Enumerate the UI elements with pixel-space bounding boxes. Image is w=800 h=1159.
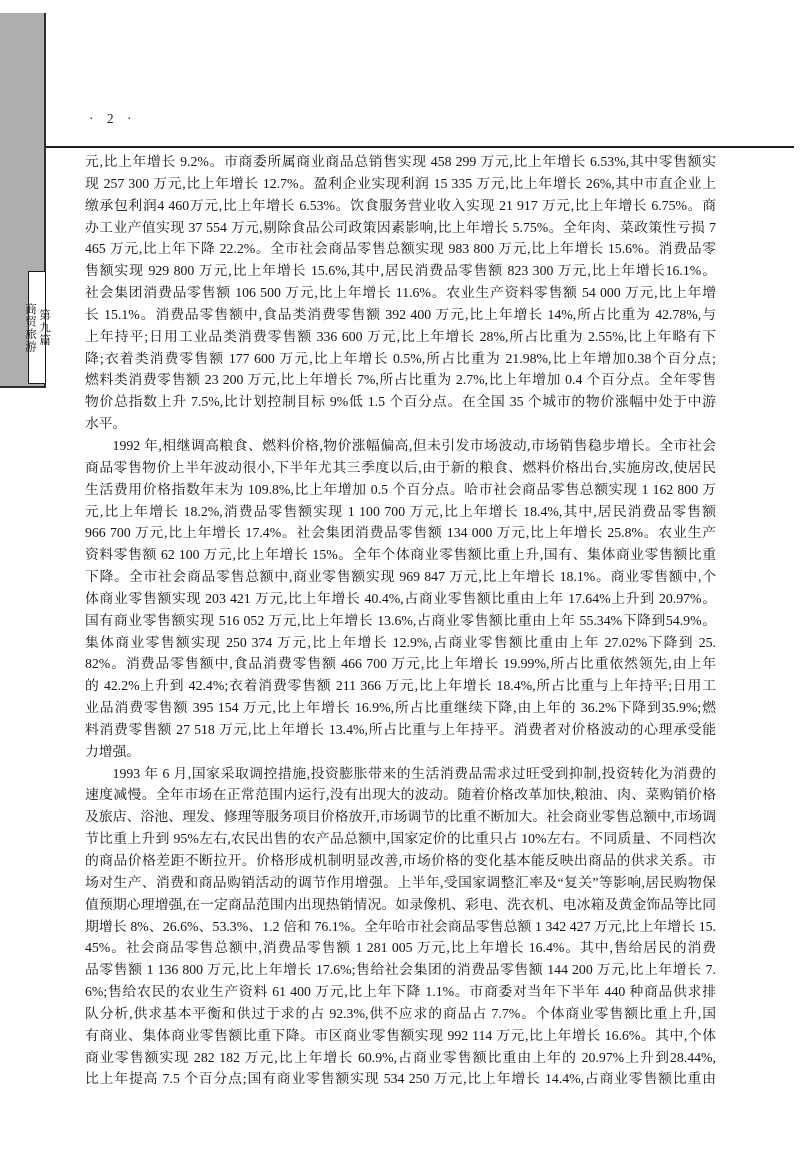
page-number: · 2 · xyxy=(89,111,137,127)
text-line: 品零售额 1 136 800 万元,比上年增长 17.6%;售给社会集团的消费品… xyxy=(85,959,716,981)
text-line: 场对生产、消费和商品购销活动的调节作用增强。上半年,受国家调整汇率及“复关”等影… xyxy=(85,872,716,894)
text-line: 降;衣着类消费零售额 177 600 万元,比上年增长 0.5%,所占比重为 2… xyxy=(85,348,716,370)
text-line: 业品消费零售额 395 154 万元,比上年增长 16.9%,所占比重继续下降,… xyxy=(85,697,716,719)
text-line: 45%。社会商品零售总额中,消费品零售额 1 281 005 万元,比上年增长 … xyxy=(85,937,716,959)
text-line: 资料零售额 62 100 万元,比上年增长 15%。全年个体商业零售额比重上升,… xyxy=(85,544,716,566)
text-line: 82%。消费品零售额中,食品消费零售额 466 700 万元,比上年增长 19.… xyxy=(85,653,716,675)
text-line: 966 700 万元,比上年增长 17.4%。社会集团消费品零售额 134 00… xyxy=(85,522,716,544)
text-line: 上年持平;日用工业品类消费零售额 336 600 万元,比上年增长 28%,所占… xyxy=(85,326,716,348)
header-rule xyxy=(46,146,794,148)
text-line: 生活费用价格指数年末为 109.8%,比上年增加 0.5 个百分点。哈市社会商品… xyxy=(85,479,716,501)
spine-tab: 第九篇 商贸旅游 xyxy=(28,271,46,384)
text-line: 及旅店、浴池、理发、修理等服务项目价格放开,市场调节的比重不断加大。社会商业零售… xyxy=(85,806,716,828)
text-line: 队分析,供求基本平衡和供过于求的占 92.3%,供不应求的商品占 7.7%。个体… xyxy=(85,1003,716,1025)
book-page: 第九篇 商贸旅游 · 2 · 元,比上年增长 9.2%。市商委所属商业商品总销售… xyxy=(0,0,800,1159)
text-line: 1993 年 6 月,国家采取调控措施,投资膨胀带来的生活消费品需求过旺受到抑制… xyxy=(85,763,716,785)
text-line: 长 15.1%。消费品零售额中,食品类消费零售额 392 400 万元,比上年增… xyxy=(85,304,716,326)
text-line: 办工业产值实现 37 554 万元,剔除食品公司政策因素影响,比上年增长 5.7… xyxy=(85,217,716,239)
text-line: 售额实现 929 800 万元,比上年增长 15.6%,其中,居民消费品零售额 … xyxy=(85,260,716,282)
text-line: 1992 年,相继调高粮食、燃料价格,物价涨幅偏高,但未引发市场波动,市场销售稳… xyxy=(85,435,716,457)
text-line: 商业零售额实现 282 182 万元,比上年增长 60.9%,占商业零售额比重由… xyxy=(85,1047,716,1069)
text-line: 的 42.2%上升到 42.4%;衣着消费零售额 211 366 万元,比上年增… xyxy=(85,675,716,697)
text-line: 节比重上升到 95%左右,农民出售的农产品总额中,国家定价的比重只占 10%左右… xyxy=(85,828,716,850)
text-line: 6%;售给农民的农业生产资料 61 400 万元,比上年下降 1.1%。市商委对… xyxy=(85,981,716,1003)
text-line: 465 万元,比上年下降 22.2%。全市社会商品零售总额实现 983 800 … xyxy=(85,238,716,260)
text-line: 社会集团消费品零售额 106 500 万元,比上年增长 11.6%。农业生产资料… xyxy=(85,282,716,304)
text-line: 元,比上年增长 9.2%。市商委所属商业商品总销售实现 458 299 万元,比… xyxy=(85,151,716,173)
text-line: 有商业、集体商业零售额比重下降。市区商业零售额实现 992 114 万元,比上年… xyxy=(85,1025,716,1047)
text-line: 速度减慢。全年市场在正常范围内运行,没有出现大的波动。随着价格改革加快,粮油、肉… xyxy=(85,784,716,806)
text-line: 期增长 8%、26.6%、53.3%、1.2 倍和 76.1%。全年哈市社会商品… xyxy=(85,916,716,938)
spine-strip: 第九篇 商贸旅游 xyxy=(0,13,46,388)
text-line: 集体商业零售额实现 250 374 万元,比上年增长 12.9%,占商业零售额比… xyxy=(85,632,716,654)
body-text: 元,比上年增长 9.2%。市商委所属商业商品总销售实现 458 299 万元,比… xyxy=(85,151,716,1090)
text-line: 燃料类消费零售额 23 200 万元,比上年增长 7%,所占比重为 2.7%,比… xyxy=(85,369,716,391)
spine-section-label: 商贸旅游 xyxy=(23,303,37,353)
spine-part-label: 第九篇 xyxy=(37,309,51,347)
text-line: 缴承包利润4 460万元,比上年增长 6.53%。饮食服务营业收入实现 21 9… xyxy=(85,195,716,217)
spine-tab-text: 第九篇 商贸旅游 xyxy=(23,303,51,353)
text-line: 国有商业零售额实现 516 052 万元,比上年增长 13.6%,占商业零售额比… xyxy=(85,610,716,632)
text-line: 商品零售物价上半年波动很小,下半年尤其三季度以后,由于新的粮食、燃料价格出台,实… xyxy=(85,457,716,479)
text-line: 力增强。 xyxy=(85,741,716,763)
text-line: 比上年提高 7.5 个百分点;国有商业零售额实现 534 250 万元,比上年增… xyxy=(85,1068,716,1090)
text-line: 下降。全市社会商品零售总额中,商业零售额实现 969 847 万元,比上年增长 … xyxy=(85,566,716,588)
text-line: 水平。 xyxy=(85,413,716,435)
text-line: 物价总指数上升 7.5%,比计划控制目标 9%低 1.5 个百分点。在全国 35… xyxy=(85,391,716,413)
text-line: 元,比上年增长 18.2%,消费品零售额实现 1 100 700 万元,比上年增… xyxy=(85,501,716,523)
text-line: 现 257 300 万元,比上年增长 12.7%。盈利企业实现利润 15 335… xyxy=(85,173,716,195)
text-line: 值预期心理增强,在一定商品范围内出现热销情况。如录像机、彩电、洗衣机、电冰箱及黄… xyxy=(85,894,716,916)
text-line: 的商品价格差距不断拉开。价格形成机制明显改善,市场价格的变化基本能反映出商品的供… xyxy=(85,850,716,872)
text-line: 料消费零售额 27 518 万元,比上年增长 13.4%,所占比重与上年持平。消… xyxy=(85,719,716,741)
text-line: 体商业零售额实现 203 421 万元,比上年增长 40.4%,占商业零售额比重… xyxy=(85,588,716,610)
